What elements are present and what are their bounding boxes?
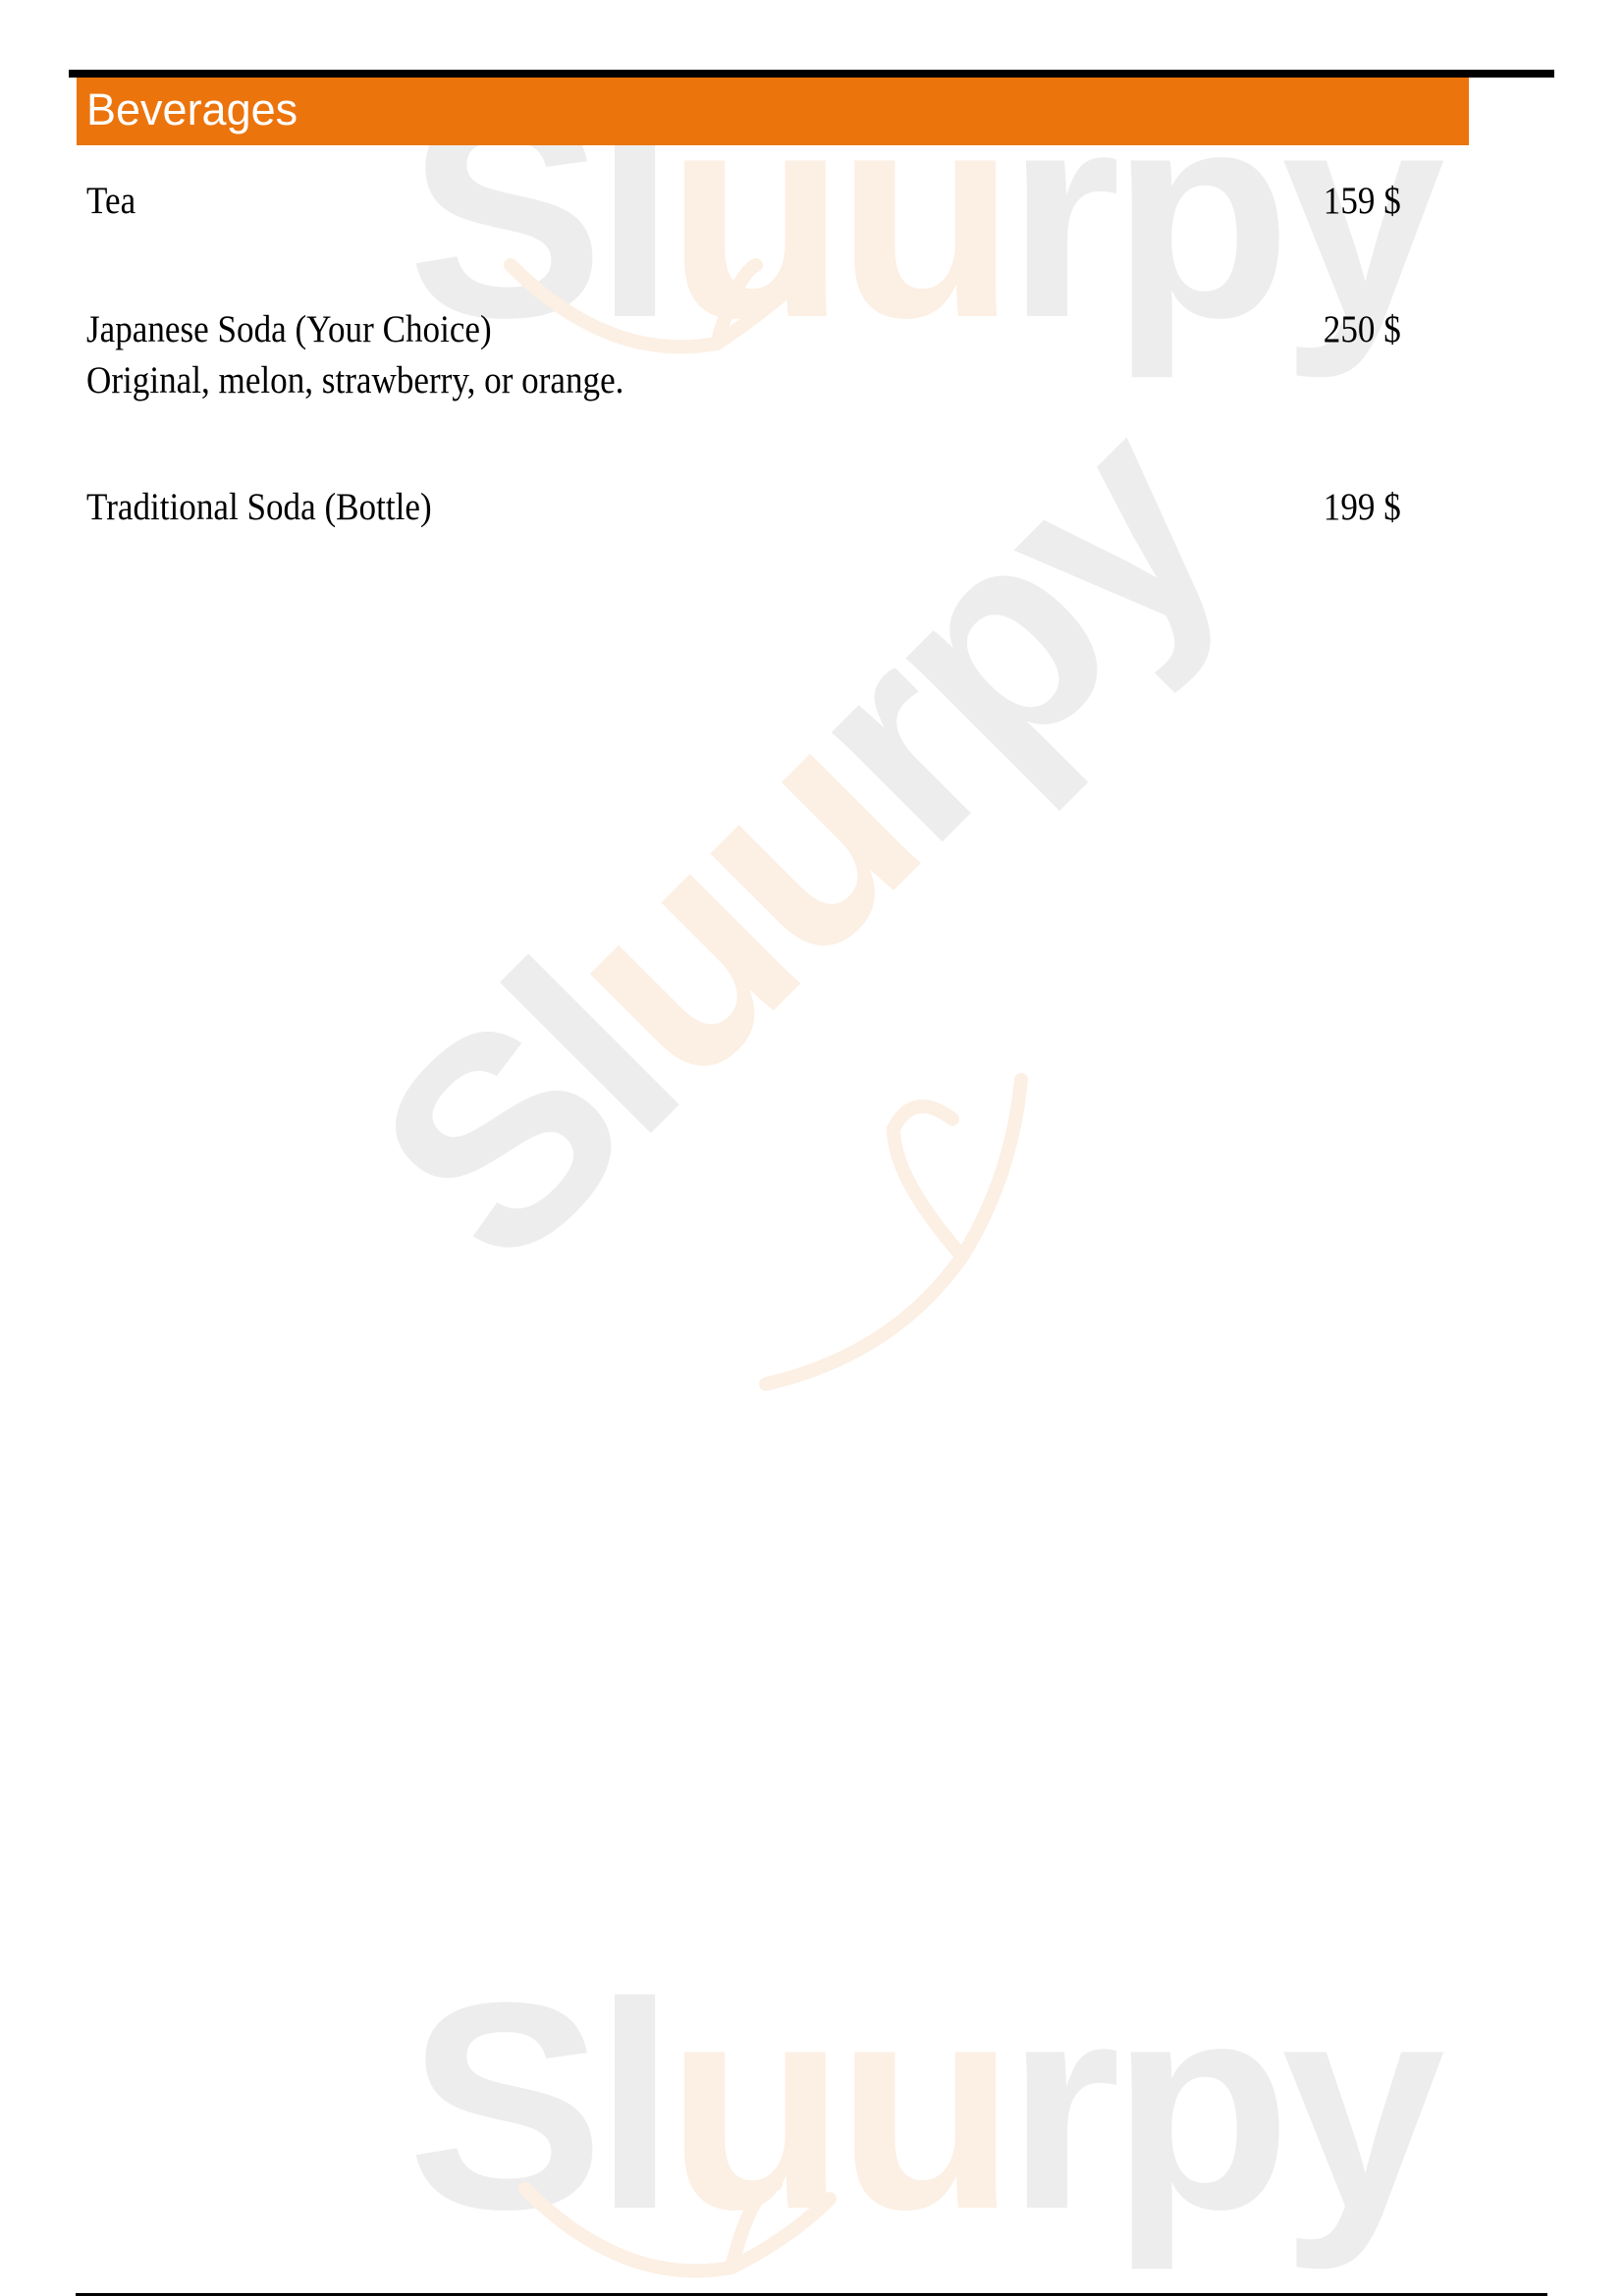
- watermark-smile-icon: [491, 245, 903, 373]
- watermark-logo-middle: Sluurpy: [328, 377, 1263, 1311]
- watermark-accent-text: uu: [666, 1941, 1006, 2270]
- watermark-logo-bottom: Sluurpy: [407, 1958, 1435, 2253]
- item-price: 199 $: [1324, 488, 1401, 526]
- watermark-text: rpy: [739, 364, 1275, 900]
- item-name: Japanese Soda (Your Choice): [86, 310, 492, 348]
- top-rule: [69, 70, 1554, 78]
- section-header: Beverages: [77, 78, 1469, 145]
- watermark-accent-text: uu: [498, 667, 972, 1142]
- watermark-text: Sl: [315, 908, 731, 1324]
- item-price: 250 $: [1324, 310, 1401, 348]
- watermark-smile-icon: [746, 1060, 1041, 1394]
- watermark-text: Sl: [407, 1941, 666, 2270]
- item-price: 159 $: [1324, 182, 1401, 220]
- item-description: Original, melon, strawberry, or orange.: [86, 361, 623, 400]
- item-name: Traditional Soda (Bottle): [86, 488, 432, 526]
- watermark-text: rpy: [1006, 1941, 1435, 2270]
- item-name: Tea: [86, 182, 135, 220]
- section-title: Beverages: [86, 83, 298, 136]
- watermark-smile-icon: [506, 2169, 918, 2287]
